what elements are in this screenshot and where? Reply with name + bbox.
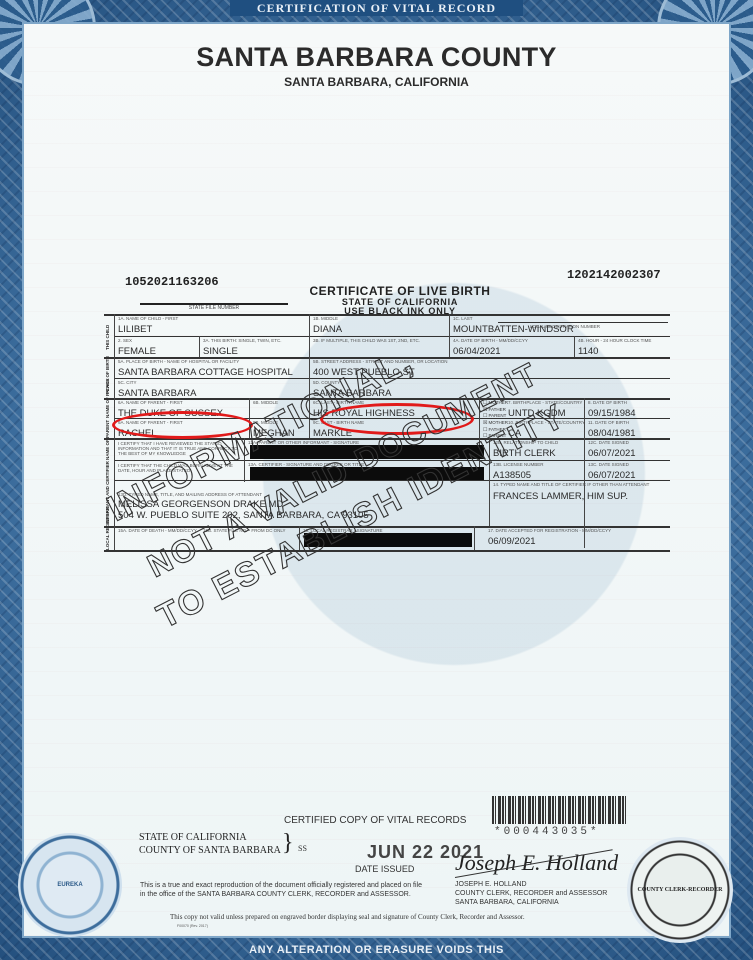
value-child-last: MOUNTBATTEN-WINDSOR [453, 324, 574, 335]
value-attendant-address: 504 W. PUEBLO SUITE 202, SANTA BARBARA, … [118, 510, 369, 521]
redacted-registrar-signature [304, 533, 472, 547]
parent1-role-checkboxes: MOTHER FATHER PARENT [483, 400, 508, 420]
value-parent2-middle: MEGHAN [253, 428, 295, 439]
rule [114, 460, 670, 461]
label-informant-certification: I CERTIFY THAT I HAVE REVIEWED THE STATE… [118, 441, 238, 456]
reproduction-line-2: in the office of the SANTA BARBARA COUNT… [140, 890, 422, 899]
certified-copy-heading: CERTIFIED COPY OF VITAL RECORDS [284, 815, 466, 826]
rule [574, 336, 575, 357]
value-informant-date: 06/07/2021 [588, 448, 636, 459]
value-street: 400 WEST PUEBLO ST [313, 367, 415, 378]
reproduction-statement: This is a true and exact reproduction of… [140, 881, 422, 899]
rule [249, 398, 250, 438]
label-informant-date: 12C. DATE SIGNED [588, 440, 629, 445]
label-facility: 5A. PLACE OF BIRTH - NAME OF HOSPITAL OR… [118, 359, 239, 364]
value-date-accepted: 06/09/2021 [488, 536, 536, 547]
value-city: SANTA BARBARA [118, 388, 197, 399]
label-birth-hour: 4B. HOUR - 24 HOUR CLOCK TIME [578, 338, 651, 343]
label-parent2-middle: 9B. MIDDLE [253, 420, 278, 425]
label-informant-relationship: 12B. RELATIONSHIP TO CHILD [493, 440, 558, 445]
bottom-banner: ANY ALTERATION OR ERASURE VOIDS THIS CER… [215, 942, 538, 958]
value-sex: FEMALE [118, 346, 156, 357]
checkbox-mother: MOTHER [483, 400, 508, 405]
not-valid-notice: This copy not valid unless prepared on e… [170, 913, 525, 921]
value-parent1-birthplace: UNTD KGDM [508, 408, 566, 419]
label-multiple-order: 3B. IF MULTIPLE, THIS CHILD WAS 1ST, 2ND… [313, 338, 420, 343]
county-subtitle: SANTA BARBARA, CALIFORNIA [0, 75, 753, 89]
state-file-label: STATE FILE NUMBER [140, 305, 288, 311]
signer-name: JOSEPH E. HOLLAND [455, 880, 607, 889]
value-county: SANTA BARBARA [313, 388, 392, 399]
label-county: 5D. COUNTY [313, 380, 340, 385]
certificate-title: CERTIFICATE OF LIVE BIRTH STATE OF CALIF… [285, 284, 515, 316]
label-attendant: 13D. TYPED NAME, TITLE, AND MAILING ADDR… [118, 492, 262, 497]
reproduction-line-1: This is a true and exact reproduction of… [140, 881, 422, 890]
rule [199, 336, 200, 357]
label-parent1-birthplace: 7. BIRTHPLACE - STATE/COUNTRY [508, 400, 582, 405]
checkbox-father: FATHER [483, 427, 506, 432]
label-city: 5C. CITY [118, 380, 137, 385]
label-sex: 2. SEX [118, 338, 132, 343]
label-parent1-first: 6A. NAME OF PARENT - FIRST [118, 400, 183, 405]
value-parent2-dob: 08/04/1981 [588, 428, 636, 439]
section-label-mother: NAME OF PARENT [105, 420, 110, 460]
label-parent1-last: 6C. LAST - BIRTH NAME [313, 400, 364, 405]
label-child-middle: 1B. MIDDLE [313, 316, 338, 321]
value-child-first: LILIBET [118, 324, 152, 335]
rule [309, 314, 310, 357]
signer-block: JOSEPH E. HOLLAND COUNTY CLERK, RECORDER… [455, 880, 607, 907]
value-birth-date: 06/04/2021 [453, 346, 501, 357]
date-issued-label: DATE ISSUED [355, 864, 414, 874]
checkbox-father: FATHER [483, 407, 506, 412]
label-child-first: 1A. NAME OF CHILD - FIRST [118, 316, 178, 321]
redacted-informant-signature [250, 445, 484, 459]
rule [114, 314, 115, 550]
jurisdiction-block: STATE OF CALIFORNIA COUNTY OF SANTA BARB… [139, 831, 281, 857]
checkbox-parent: PARENT [483, 413, 506, 418]
section-label-father: NAME OF FATHER [105, 378, 110, 418]
value-informant-relationship: BIRTH CLERK [493, 448, 556, 459]
value-parent1-dob: 09/15/1984 [588, 408, 636, 419]
label-date-accepted: 17. DATE ACCEPTED FOR REGISTRATION - MM/… [488, 528, 611, 533]
rule [449, 314, 450, 357]
value-parent2-birthplace: CA [508, 428, 521, 439]
rule [104, 314, 670, 316]
signer-title: COUNTY CLERK, RECORDER and ASSESSOR [455, 889, 607, 898]
label-birth-type: 3A. THIS BIRTH: SINGLE, TWIN, ETC. [203, 338, 282, 343]
local-registration-number: 1202142002307 [567, 268, 661, 282]
rule [309, 398, 310, 438]
checkbox-mother: MOTHER [483, 420, 508, 425]
state-file-number: 1052021163206 [125, 275, 219, 289]
highlight-parent1-first [112, 411, 253, 439]
value-child-middle: DIANA [313, 324, 342, 335]
label-parent1-middle: 6B. MIDDLE [253, 400, 278, 405]
redacted-certifier-signature [250, 467, 484, 480]
rule [104, 550, 670, 552]
clerk-seal-text: COUNTY CLERK-RECORDER [638, 887, 723, 893]
top-banner: CERTIFICATION OF VITAL RECORD [230, 0, 523, 16]
label-other-certifier: 14. TYPED NAME AND TITLE OF CERTIFIER IF… [493, 482, 649, 487]
brace-icon: } [282, 830, 294, 857]
signer-location: SANTA BARBARA, CALIFORNIA [455, 898, 607, 907]
jurisdiction-state: STATE OF CALIFORNIA [139, 831, 281, 844]
highlight-parent1-last [320, 403, 474, 435]
barcode-number: *000443035* [494, 826, 600, 838]
parent2-role-checkboxes: MOTHER FATHER PARENT [483, 420, 508, 440]
certificate-title-main: CERTIFICATE OF LIVE BIRTH [285, 284, 515, 298]
value-facility: SANTA BARBARA COTTAGE HOSPITAL [118, 367, 293, 378]
rule [244, 438, 245, 482]
label-child-last: 1C. LAST [453, 316, 473, 321]
value-attendant-name: MELISSA GEORGENSON DRAKE MD [118, 499, 283, 510]
value-birth-type: SINGLE [203, 346, 238, 357]
rule [489, 438, 490, 526]
label-parent2-birthplace: 10. BIRTHPLACE - STATE/COUNTRY [508, 420, 585, 425]
value-other-certifier: FRANCES LAMMER, HIM SUP. [493, 491, 628, 502]
form-code: F00070 (Rev. 2017) [177, 924, 208, 928]
ss-mark: SS [298, 844, 307, 853]
label-state-file-death: 15B. STATE FILE NO. - FROM DC ONLY [203, 528, 286, 533]
value-license: A138505 [493, 470, 531, 481]
rule [114, 480, 670, 481]
rule [114, 378, 670, 379]
rule [114, 336, 670, 337]
label-birth-date: 4A. DATE OF BIRTH - MM/DD/CCYY [453, 338, 528, 343]
rule [299, 526, 300, 550]
label-street: 5B. STREET ADDRESS - STREET AND NUMBER, … [313, 359, 448, 364]
rule [474, 526, 475, 550]
label-death-date: 15A. DATE OF DEATH - MM/DD/CCYY [118, 528, 197, 533]
label-certifier-certification: I CERTIFY THAT THE CHILD WAS BORN ALIVE … [118, 463, 238, 473]
section-label-child: THIS CHILD [105, 325, 110, 350]
label-certifier-date: 13C. DATE SIGNED [588, 462, 629, 467]
section-label-registrar: LOCAL REGISTRAR [105, 507, 110, 550]
county-clerk-seal-icon: COUNTY CLERK-RECORDER [627, 837, 733, 943]
label-parent1-dob: 8. DATE OF BIRTH [588, 400, 627, 405]
county-title: SANTA BARBARA COUNTY [0, 42, 753, 73]
jurisdiction-county: COUNTY OF SANTA BARBARA [139, 844, 281, 857]
state-seal-motto: EUREKA [57, 882, 82, 888]
value-birth-hour: 1140 [578, 346, 598, 357]
california-state-seal-icon: EUREKA [18, 833, 122, 937]
barcode [492, 796, 627, 824]
label-license: 13B. LICENSE NUMBER [493, 462, 544, 467]
value-certifier-date: 06/07/2021 [588, 470, 636, 481]
label-parent2-dob: 11. DATE OF BIRTH [588, 420, 629, 425]
checkbox-parent: PARENT [483, 433, 506, 438]
